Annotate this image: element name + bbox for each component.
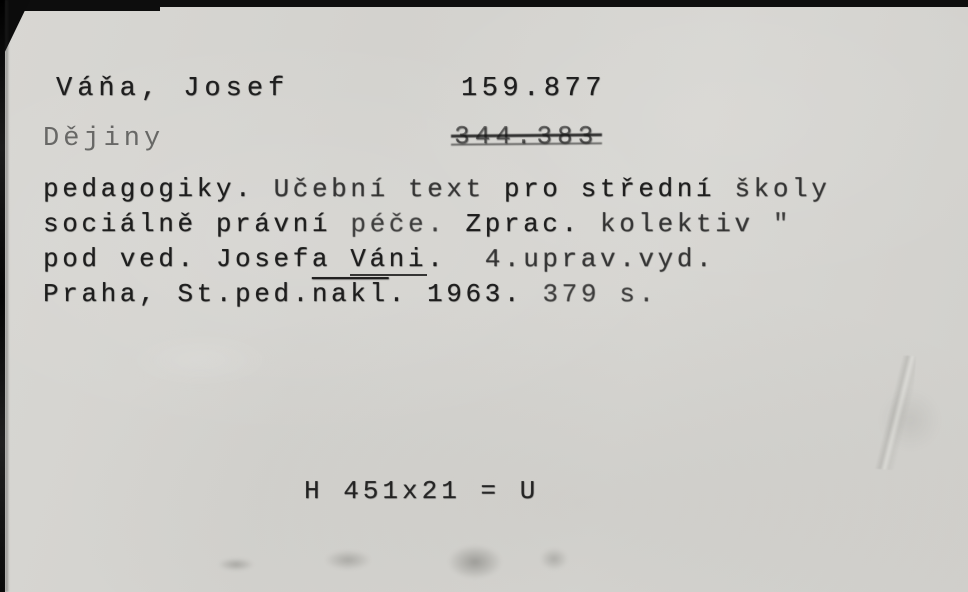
scan-edge-left-fuzz	[5, 0, 8, 592]
text-segment: školy	[734, 174, 830, 204]
text-segment: pod ved. Josefa	[43, 244, 350, 274]
ink-smudge	[540, 548, 568, 570]
ink-smudge	[448, 545, 502, 579]
text-segment: Praha, St.ped.	[43, 279, 312, 309]
ink-smudge	[218, 558, 254, 571]
paper-blotch	[120, 330, 280, 390]
text-segment: pedagogiky.	[43, 174, 254, 204]
text-segment: nakl	[312, 279, 389, 309]
text-segment: 379 s.	[542, 279, 657, 309]
call-number: 159.877	[461, 74, 606, 104]
text-segment: Zprac.	[446, 209, 600, 239]
text-segment: 4.uprav.vyd.	[485, 244, 715, 274]
body-line: pod ved. Josefa Váni. 4.uprav.vyd.	[43, 242, 830, 277]
text-segment: péče.	[350, 209, 446, 239]
body-line: pedagogiky. Učební text pro střední škol…	[43, 172, 830, 207]
ink-smudge	[325, 550, 371, 570]
citation-body: pedagogiky. Učební text pro střední škol…	[43, 172, 830, 312]
text-segment: Učební text	[273, 174, 484, 204]
text-segment: Váni	[350, 244, 427, 276]
text-segment: kolektiv	[600, 209, 754, 239]
text-segment: . 1963.	[389, 279, 543, 309]
text-segment: .	[427, 244, 485, 274]
catalog-card-scan: Váňa, Josef 159.877 Dějiny 344.383 pedag…	[0, 0, 968, 592]
author-heading: Váňa, Josef	[56, 74, 289, 104]
text-segment	[254, 174, 273, 204]
shelf-mark: H 451x21 = U	[304, 476, 539, 506]
text-segment: pro střední	[485, 174, 735, 204]
text-segment: "	[754, 209, 792, 239]
title-word: Dějiny	[43, 124, 164, 154]
body-line: sociálně právní péče. Zprac. kolektiv "	[43, 207, 830, 242]
body-line: Praha, St.ped.nakl. 1963. 379 s.	[43, 277, 830, 312]
crossed-out-number: 344.383	[454, 121, 598, 151]
text-segment: sociálně právní	[43, 209, 350, 239]
paper-crease	[874, 354, 916, 471]
